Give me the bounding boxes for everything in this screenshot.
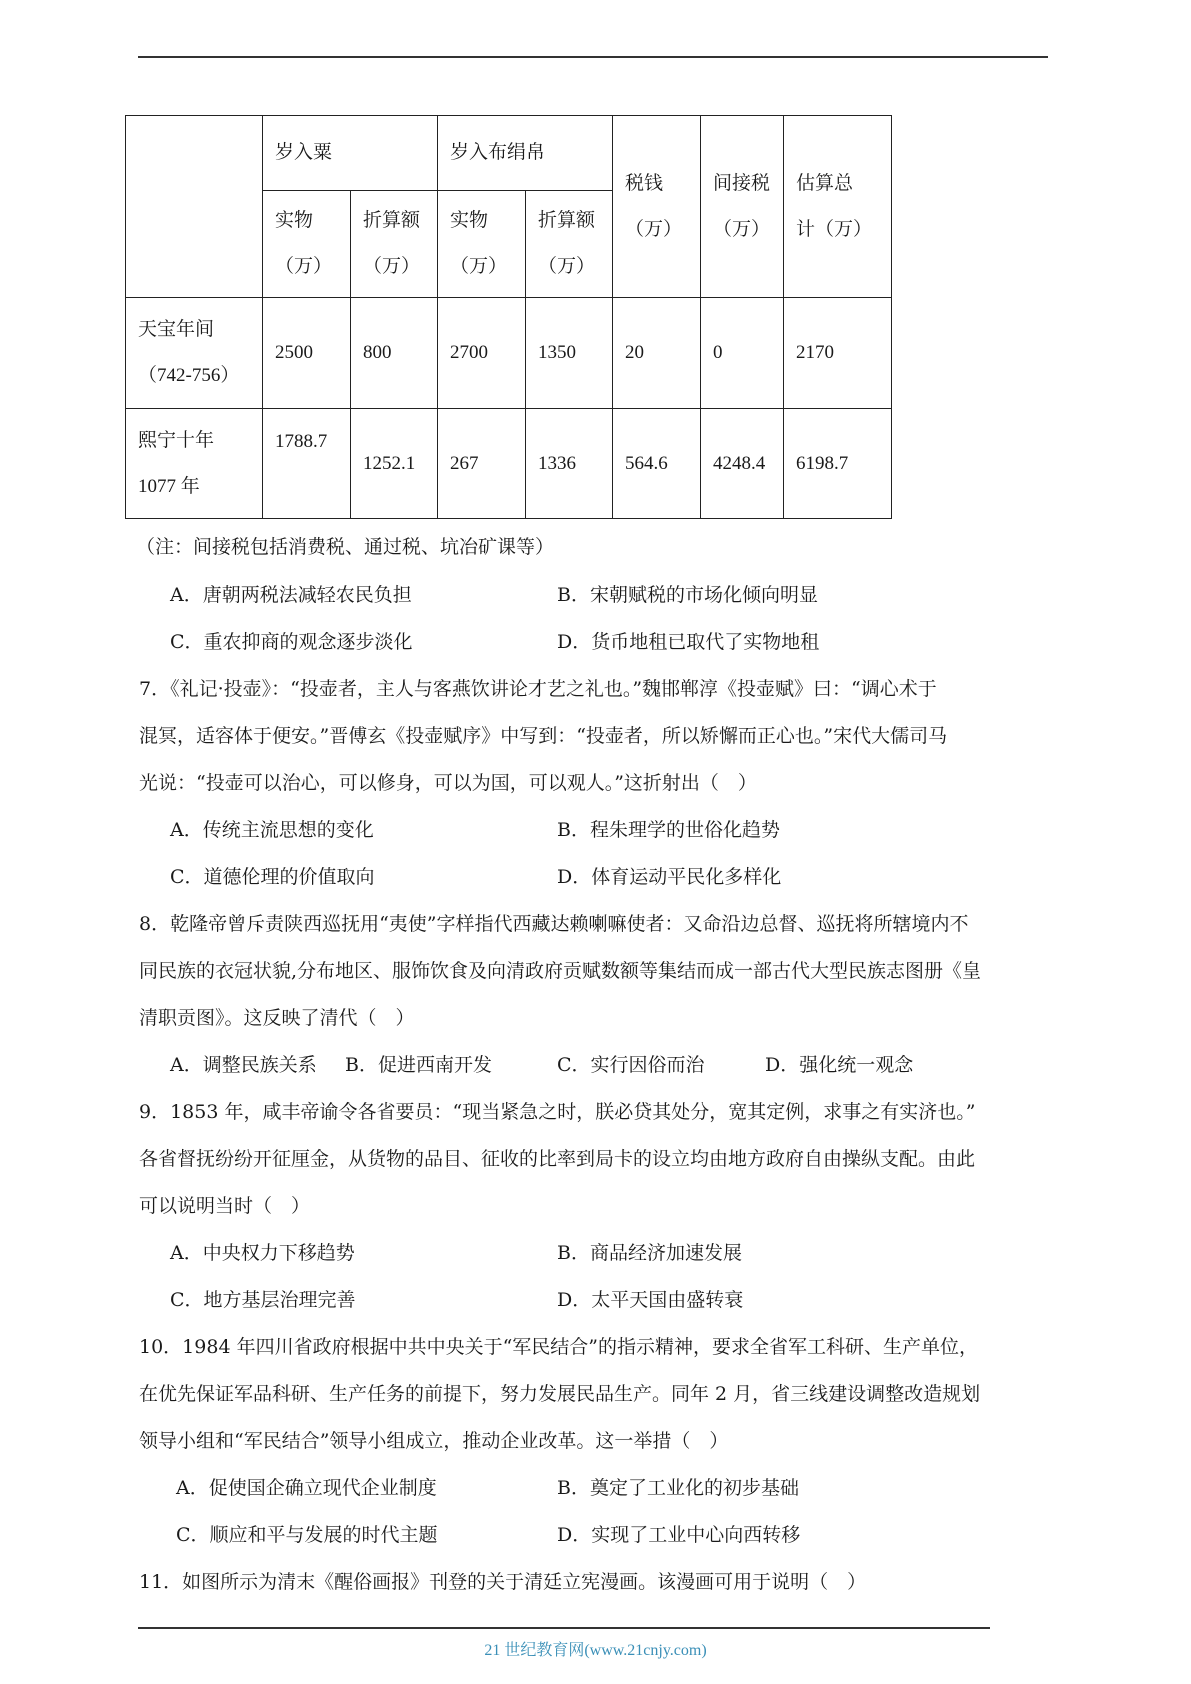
cell: 564.6: [613, 409, 701, 519]
q9-stem-line: 可以说明当时（ ）: [139, 1191, 310, 1218]
header-total: 估算总 计（万）: [784, 116, 892, 298]
cell: 0: [701, 298, 784, 409]
cell: 4248.4: [701, 409, 784, 519]
q7-stem-line: 混冥，适容体于便安。”晋傅玄《投壶赋序》中写到：“投壶者，所以矫懈而正心也。”宋…: [139, 721, 947, 748]
q10-option-c[interactable]: C．顺应和平与发展的时代主题: [176, 1520, 438, 1547]
row-label: 天宝年间 （742-756）: [126, 298, 263, 409]
cell: 267: [438, 409, 526, 519]
q10-stem-line: 在优先保证军品科研、生产任务的前提下，努力发展民品生产。同年 2 月，省三线建设…: [139, 1379, 980, 1406]
subheader-grain-physical: 实物 （万）: [263, 191, 351, 298]
q6-option-d[interactable]: D．货币地租已取代了实物地租: [557, 627, 819, 654]
q10-option-a[interactable]: A．促使国企确立现代企业制度: [176, 1473, 437, 1500]
table-corner-cell: [126, 116, 263, 298]
q9-stem-line: 各省督抚纷纷开征厘金，从货物的品目、征收的比率到局卡的设立均由地方政府自由操纵支…: [139, 1144, 975, 1171]
q9-option-d[interactable]: D．太平天国由盛转衰: [557, 1285, 743, 1312]
q7-option-d[interactable]: D．体育运动平民化多样化: [557, 862, 781, 889]
q9-stem-line: 9．1853 年，咸丰帝谕令各省要员：“现当紧急之时，朕必贷其处分，宽其定例，求…: [139, 1097, 975, 1124]
cell: 1350: [526, 298, 613, 409]
q8-stem-line: 同民族的衣冠状貌,分布地区、服饰饮食及向清政府贡赋数额等集结而成一部古代大型民族…: [139, 956, 981, 983]
q7-stem-line: 7．《礼记·投壶》：“投壶者，主人与客燕饮讲论才艺之礼也。”魏邯郸淳《投壶赋》曰…: [139, 674, 937, 701]
header-rule: [138, 56, 1048, 58]
q8-option-a[interactable]: A．调整民族关系: [170, 1050, 317, 1077]
cell: 1252.1: [351, 409, 438, 519]
q8-stem-line: 8．乾隆帝曾斥责陕西巡抚用“夷使”字样指代西藏达赖喇嘛使者：又命沿边总督、巡抚将…: [139, 909, 969, 936]
footer-source-link[interactable]: 21 世纪教育网(www.21cnjy.com): [0, 1637, 1191, 1660]
subheader-cloth-physical: 实物 （万）: [438, 191, 526, 298]
header-tax-money: 税钱 （万）: [613, 116, 701, 298]
q11-stem-line: 11．如图所示为清末《醒俗画报》刊登的关于清廷立宪漫画。该漫画可用于说明（ ）: [139, 1567, 866, 1594]
q6-option-b[interactable]: B．宋朝赋税的市场化倾向明显: [557, 580, 818, 607]
q9-option-a[interactable]: A．中央权力下移趋势: [170, 1238, 355, 1265]
q7-option-a[interactable]: A．传统主流思想的变化: [170, 815, 374, 842]
subheader-grain-converted: 折算额 （万）: [351, 191, 438, 298]
q7-option-b[interactable]: B．程朱理学的世俗化趋势: [557, 815, 780, 842]
table-row: 熙宁十年 1077 年 1788.7 1252.1 267 1336 564.6…: [126, 409, 892, 519]
tax-revenue-table: 岁入粟 岁入布绢帛 税钱 （万） 间接税 （万） 估算总 计（万） 实物 （万）…: [125, 115, 892, 519]
subheader-cloth-converted: 折算额 （万）: [526, 191, 613, 298]
q8-option-b[interactable]: B．促进西南开发: [345, 1050, 492, 1077]
footer-rule: [138, 1627, 990, 1629]
q7-stem-line: 光说：“投壶可以治心，可以修身，可以为国，可以观人。”这折射出（ ）: [139, 768, 757, 795]
q10-stem-line: 10．1984 年四川省政府根据中共中央关于“军民结合”的指示精神，要求全省军工…: [139, 1332, 978, 1359]
q8-option-d[interactable]: D．强化统一观念: [765, 1050, 913, 1077]
header-grain: 岁入粟: [263, 116, 438, 191]
cell: 2500: [263, 298, 351, 409]
header-cloth: 岁入布绢帛: [438, 116, 613, 191]
cell: 20: [613, 298, 701, 409]
q10-stem-line: 领导小组和“军民结合”领导小组成立，推动企业改革。这一举措（ ）: [139, 1426, 728, 1453]
cell: 2170: [784, 298, 892, 409]
cell: 1336: [526, 409, 613, 519]
q7-option-c[interactable]: C．道德伦理的价值取向: [170, 862, 375, 889]
cell: 1788.7: [263, 409, 351, 519]
cell: 800: [351, 298, 438, 409]
header-indirect-tax: 间接税 （万）: [701, 116, 784, 298]
table-row: 天宝年间 （742-756） 2500 800 2700 1350 20 0 2…: [126, 298, 892, 409]
q6-option-a[interactable]: A．唐朝两税法减轻农民负担: [170, 580, 412, 607]
row-label: 熙宁十年 1077 年: [126, 409, 263, 519]
table-note: （注：间接税包括消费税、通过税、坑冶矿课等）: [136, 532, 554, 559]
q8-stem-line: 清职贡图》。这反映了清代（ ）: [139, 1003, 415, 1030]
q9-option-b[interactable]: B．商品经济加速发展: [557, 1238, 742, 1265]
q10-option-b[interactable]: B．奠定了工业化的初步基础: [557, 1473, 799, 1500]
q10-option-d[interactable]: D．实现了工业中心向西转移: [557, 1520, 800, 1547]
cell: 6198.7: [784, 409, 892, 519]
q8-option-c[interactable]: C．实行因俗而治: [557, 1050, 705, 1077]
q9-option-c[interactable]: C．地方基层治理完善: [170, 1285, 356, 1312]
q6-option-c[interactable]: C．重农抑商的观念逐步淡化: [170, 627, 413, 654]
cell: 2700: [438, 298, 526, 409]
